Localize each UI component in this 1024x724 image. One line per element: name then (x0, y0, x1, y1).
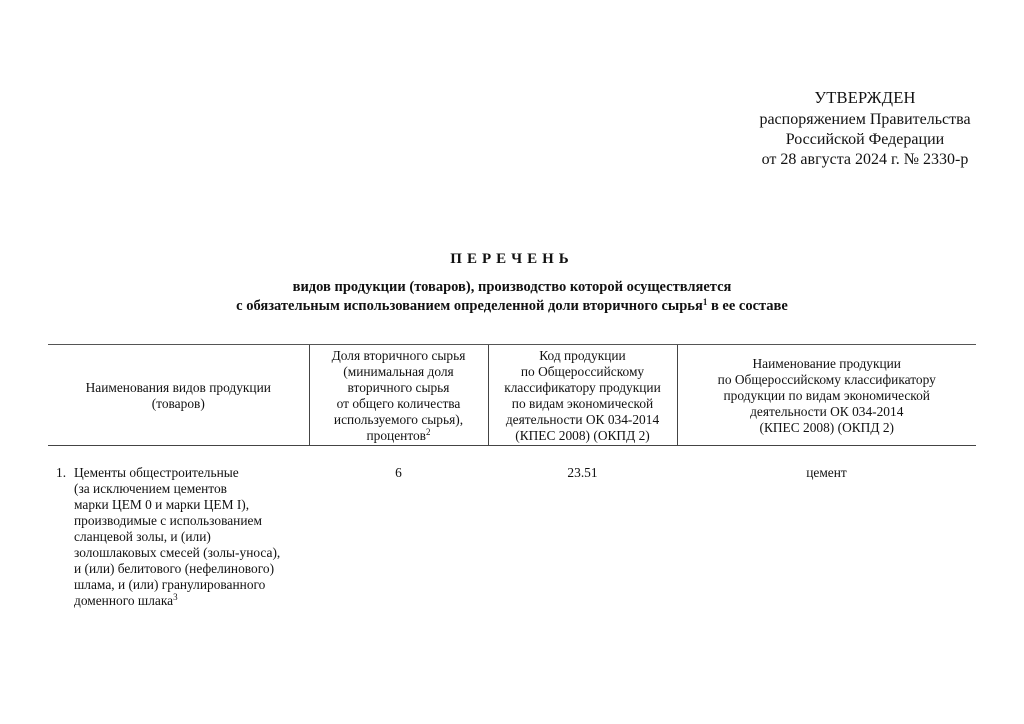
products-table: Наименования видов продукции(товаров) До… (48, 344, 976, 610)
header-text: Наименование продукциипо Общероссийскому… (718, 356, 936, 435)
table-row: 1. Цементы общестроительные(за исключени… (48, 446, 976, 611)
table-header-row: Наименования видов продукции(товаров) До… (48, 345, 976, 446)
subtitle-line-2: с обязательным использованием определенн… (0, 297, 1024, 316)
document-title: ПЕРЕЧЕНЬ (0, 250, 1024, 268)
subtitle-line-1: видов продукции (товаров), производство … (0, 278, 1024, 297)
header-text: Доля вторичного сырья(минимальная долявт… (332, 348, 466, 443)
cell-okpd-code: 23.51 (488, 446, 677, 611)
cell-secondary-share: 6 (309, 446, 488, 611)
approval-line: распоряжением Правительства (740, 110, 990, 130)
approval-stamp: УТВЕРЖДЕН распоряжением Правительства Ро… (740, 88, 990, 170)
cell-okpd-name: цемент (677, 446, 976, 611)
footnote-marker: 3 (173, 592, 178, 602)
header-secondary-share: Доля вторичного сырья(минимальная долявт… (309, 345, 488, 446)
approval-date-number: от 28 августа 2024 г. № 2330-р (740, 150, 990, 170)
header-product-types: Наименования видов продукции(товаров) (48, 345, 309, 446)
subtitle-line-2-text: с обязательным использованием определенн… (236, 298, 703, 314)
approval-title: УТВЕРЖДЕН (740, 88, 990, 108)
cell-product-name: 1. Цементы общестроительные(за исключени… (48, 446, 309, 611)
approval-line: Российской Федерации (740, 130, 990, 150)
product-name: Цементы общестроительные(за исключением … (74, 465, 280, 608)
header-text: Наименования видов продукции(товаров) (86, 380, 271, 411)
header-okpd-name: Наименование продукциипо Общероссийскому… (677, 345, 976, 446)
row-number: 1. (56, 465, 74, 609)
header-okpd-code: Код продукциипо Общероссийскомуклассифик… (488, 345, 677, 446)
document-subtitle: видов продукции (товаров), производство … (0, 278, 1024, 316)
header-text: Код продукциипо Общероссийскомуклассифик… (504, 348, 661, 443)
footnote-marker: 2 (426, 427, 431, 437)
subtitle-line-2-tail: в ее составе (707, 298, 788, 314)
